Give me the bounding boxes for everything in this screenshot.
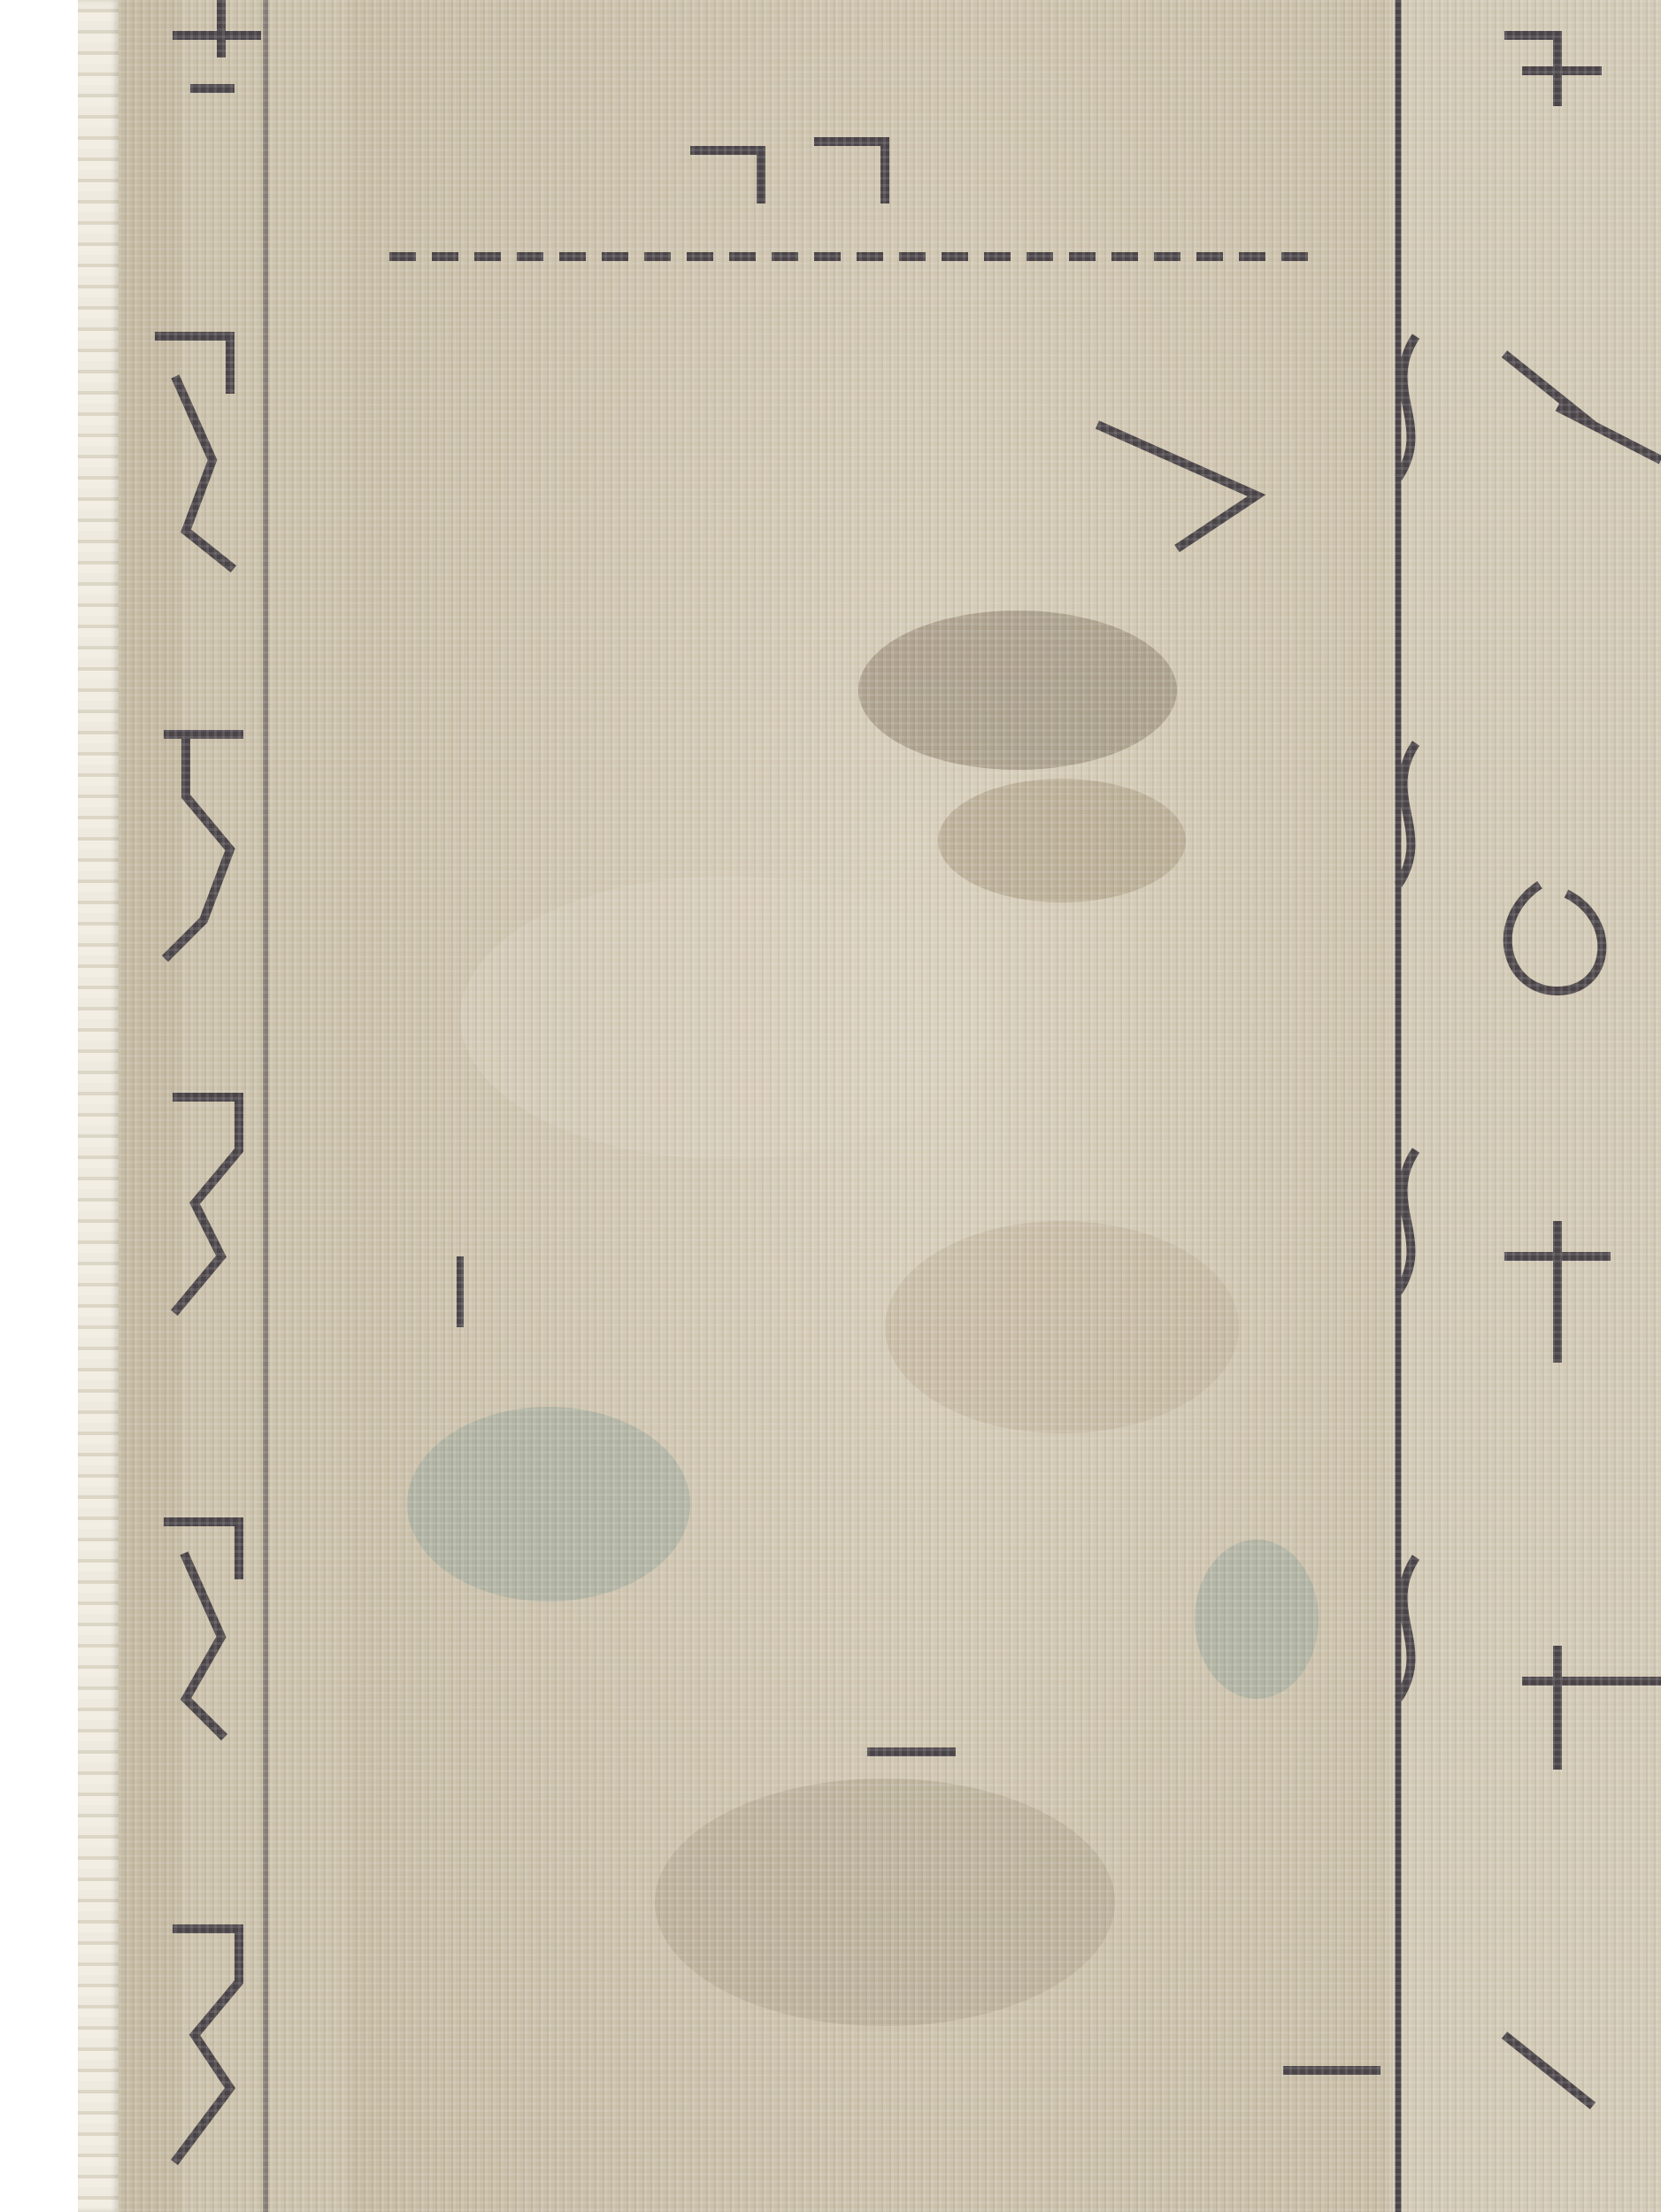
outer-border-vine — [159, 0, 265, 2212]
rug-motifs — [0, 0, 1661, 2212]
rug-photo — [0, 0, 1661, 2212]
field-shading — [407, 611, 1319, 2026]
inner-border-chain — [1398, 0, 1661, 2212]
